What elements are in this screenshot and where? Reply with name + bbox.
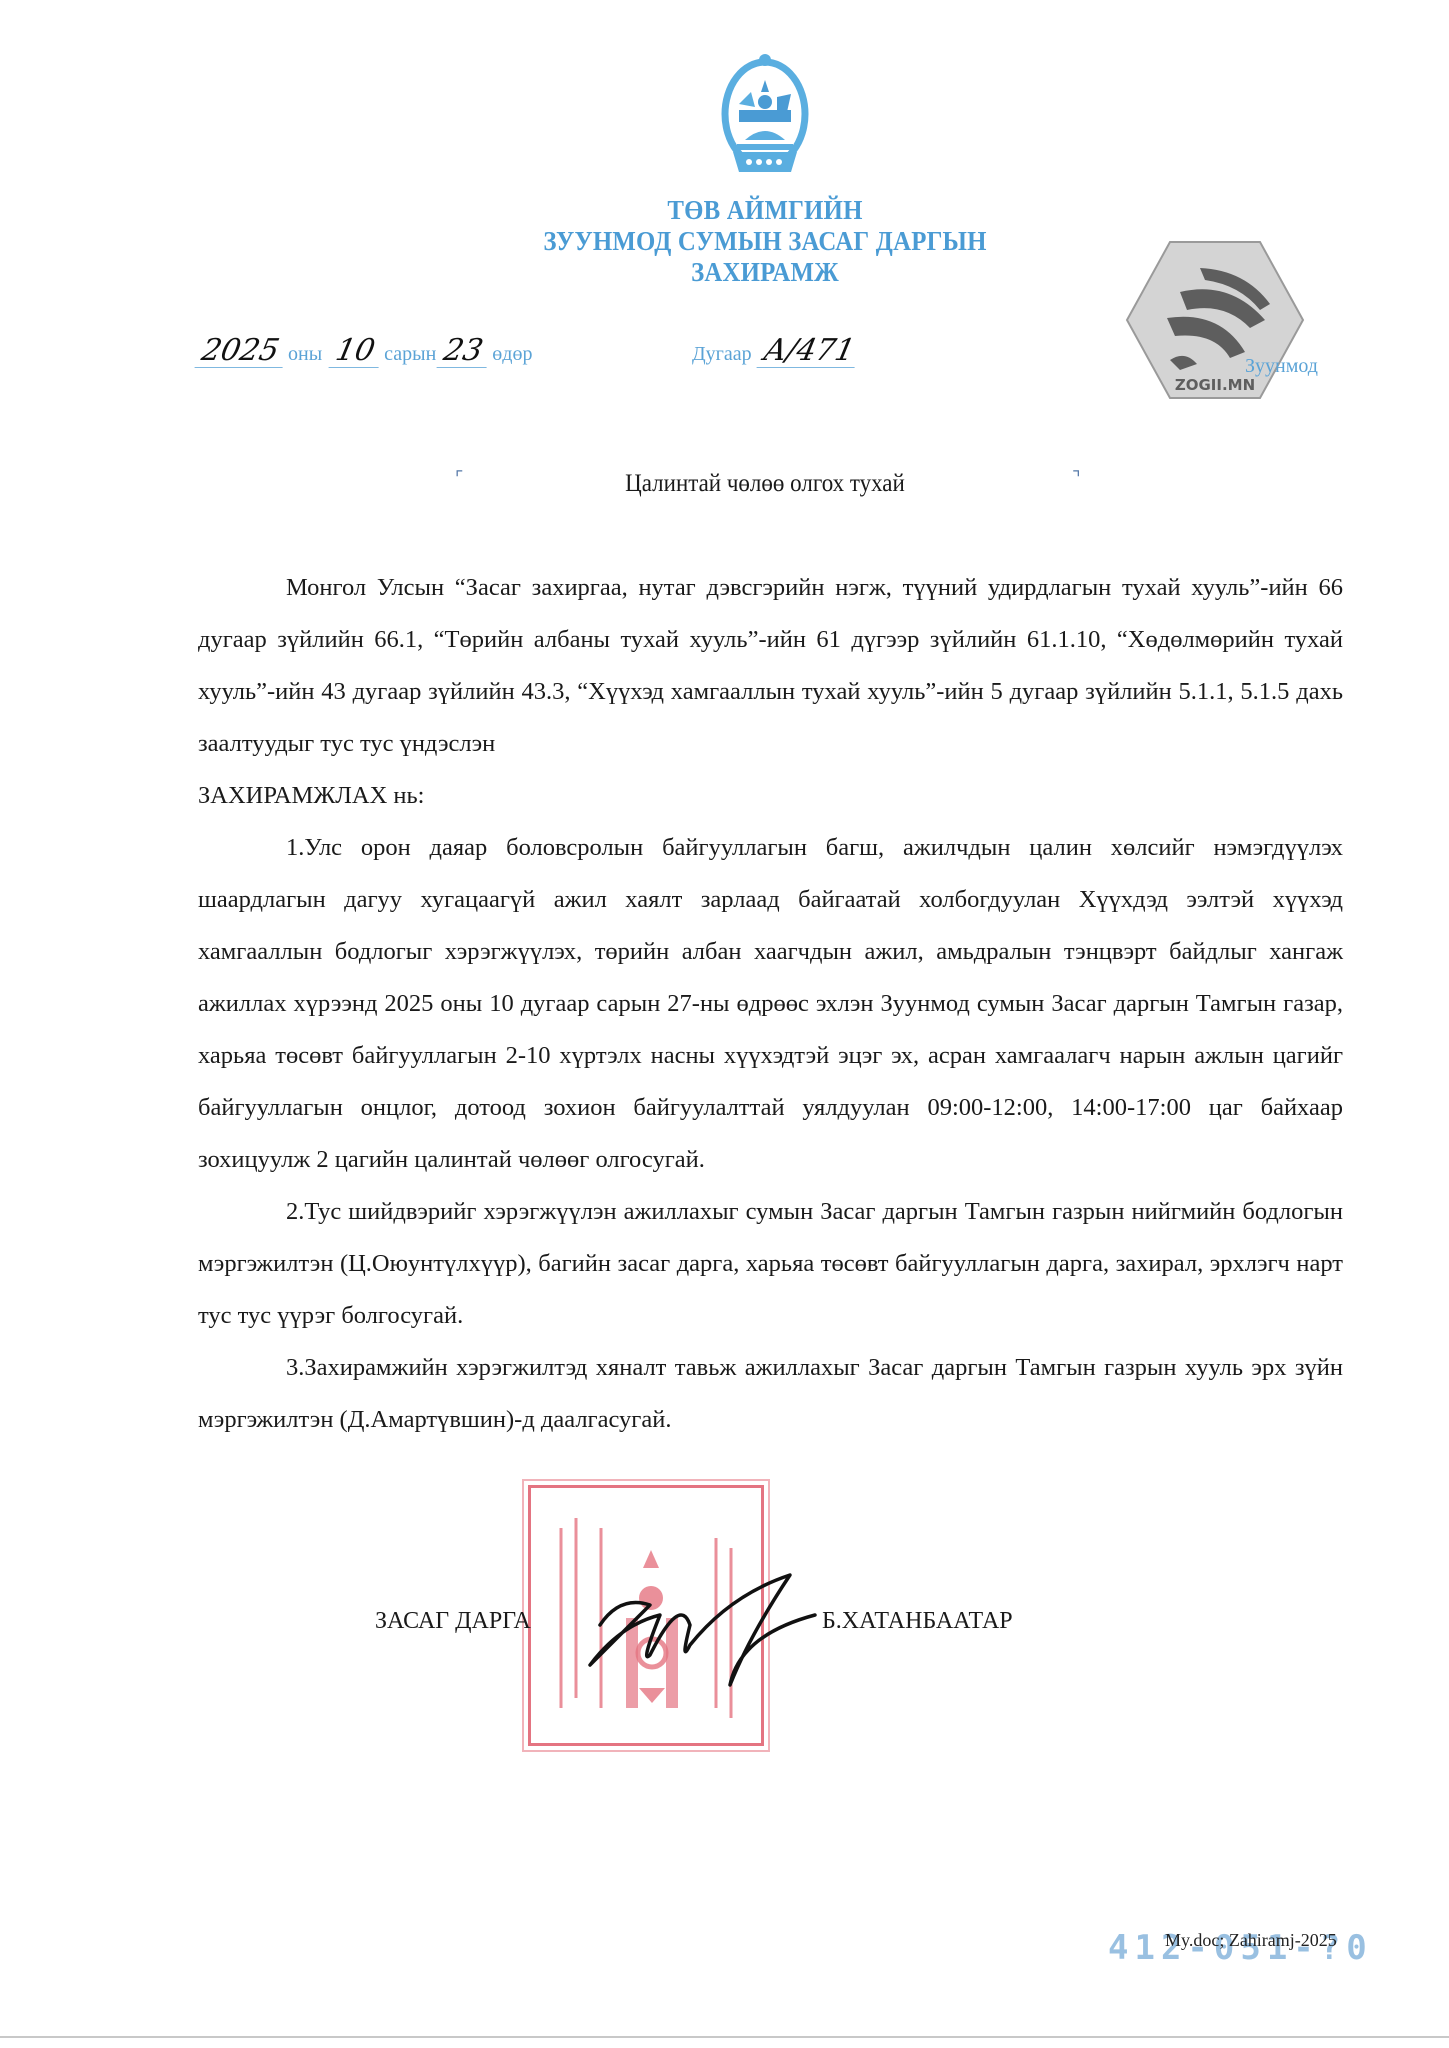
decree-word: ЗАХИРАМЖЛАХ нь: [198, 770, 1343, 822]
number-label: Дугаар [692, 343, 752, 366]
place-label: Зуунмод [1245, 355, 1318, 378]
handwritten-month: 10 [329, 335, 386, 368]
signatory-position: ЗАСАГ ДАРГА [375, 1608, 531, 1635]
preamble: Монгол Улсын “Засаг захиргаа, нутаг дэвс… [198, 562, 1343, 770]
year-label: оны [288, 343, 322, 366]
day-label: өдөр [492, 343, 532, 366]
month-label: сарын [384, 343, 436, 366]
header-line-province: ТӨВ АЙМГИЙН [61, 195, 1449, 226]
handwritten-signature-icon [580, 1555, 830, 1705]
page-edge-divider [0, 2036, 1449, 2038]
signatory-name: Б.ХАТАНБААТАР [822, 1608, 1013, 1635]
decree-item: 1.Улс орон даяар боловсролын байгууллагы… [198, 822, 1343, 1186]
decree-item: 2.Тус шийдвэрийг хэрэгжүүлэн ажиллахыг с… [198, 1186, 1343, 1342]
handwritten-day: 23 [437, 335, 494, 368]
document-body: Монгол Улсын “Засаг захиргаа, нутаг дэвс… [198, 562, 1343, 1446]
document-number: Дугаар А/471 [690, 335, 858, 368]
document-title: Цалинтай чөлөө олгох тухай [61, 470, 1449, 498]
date-line: 2025 оны 10 сарын 23 өдөр [198, 335, 534, 368]
file-label: My.doc; Zahiramj-2025 [1165, 1930, 1337, 1951]
decree-item: 3.Захирамжийн хэрэгжилтэд хяналт тавьж а… [198, 1342, 1343, 1446]
handwritten-year: 2025 [194, 335, 289, 368]
watermark-text: ZOGII.MN [1175, 376, 1255, 394]
state-emblem-icon [715, 52, 815, 177]
handwritten-number: А/471 [756, 335, 861, 368]
